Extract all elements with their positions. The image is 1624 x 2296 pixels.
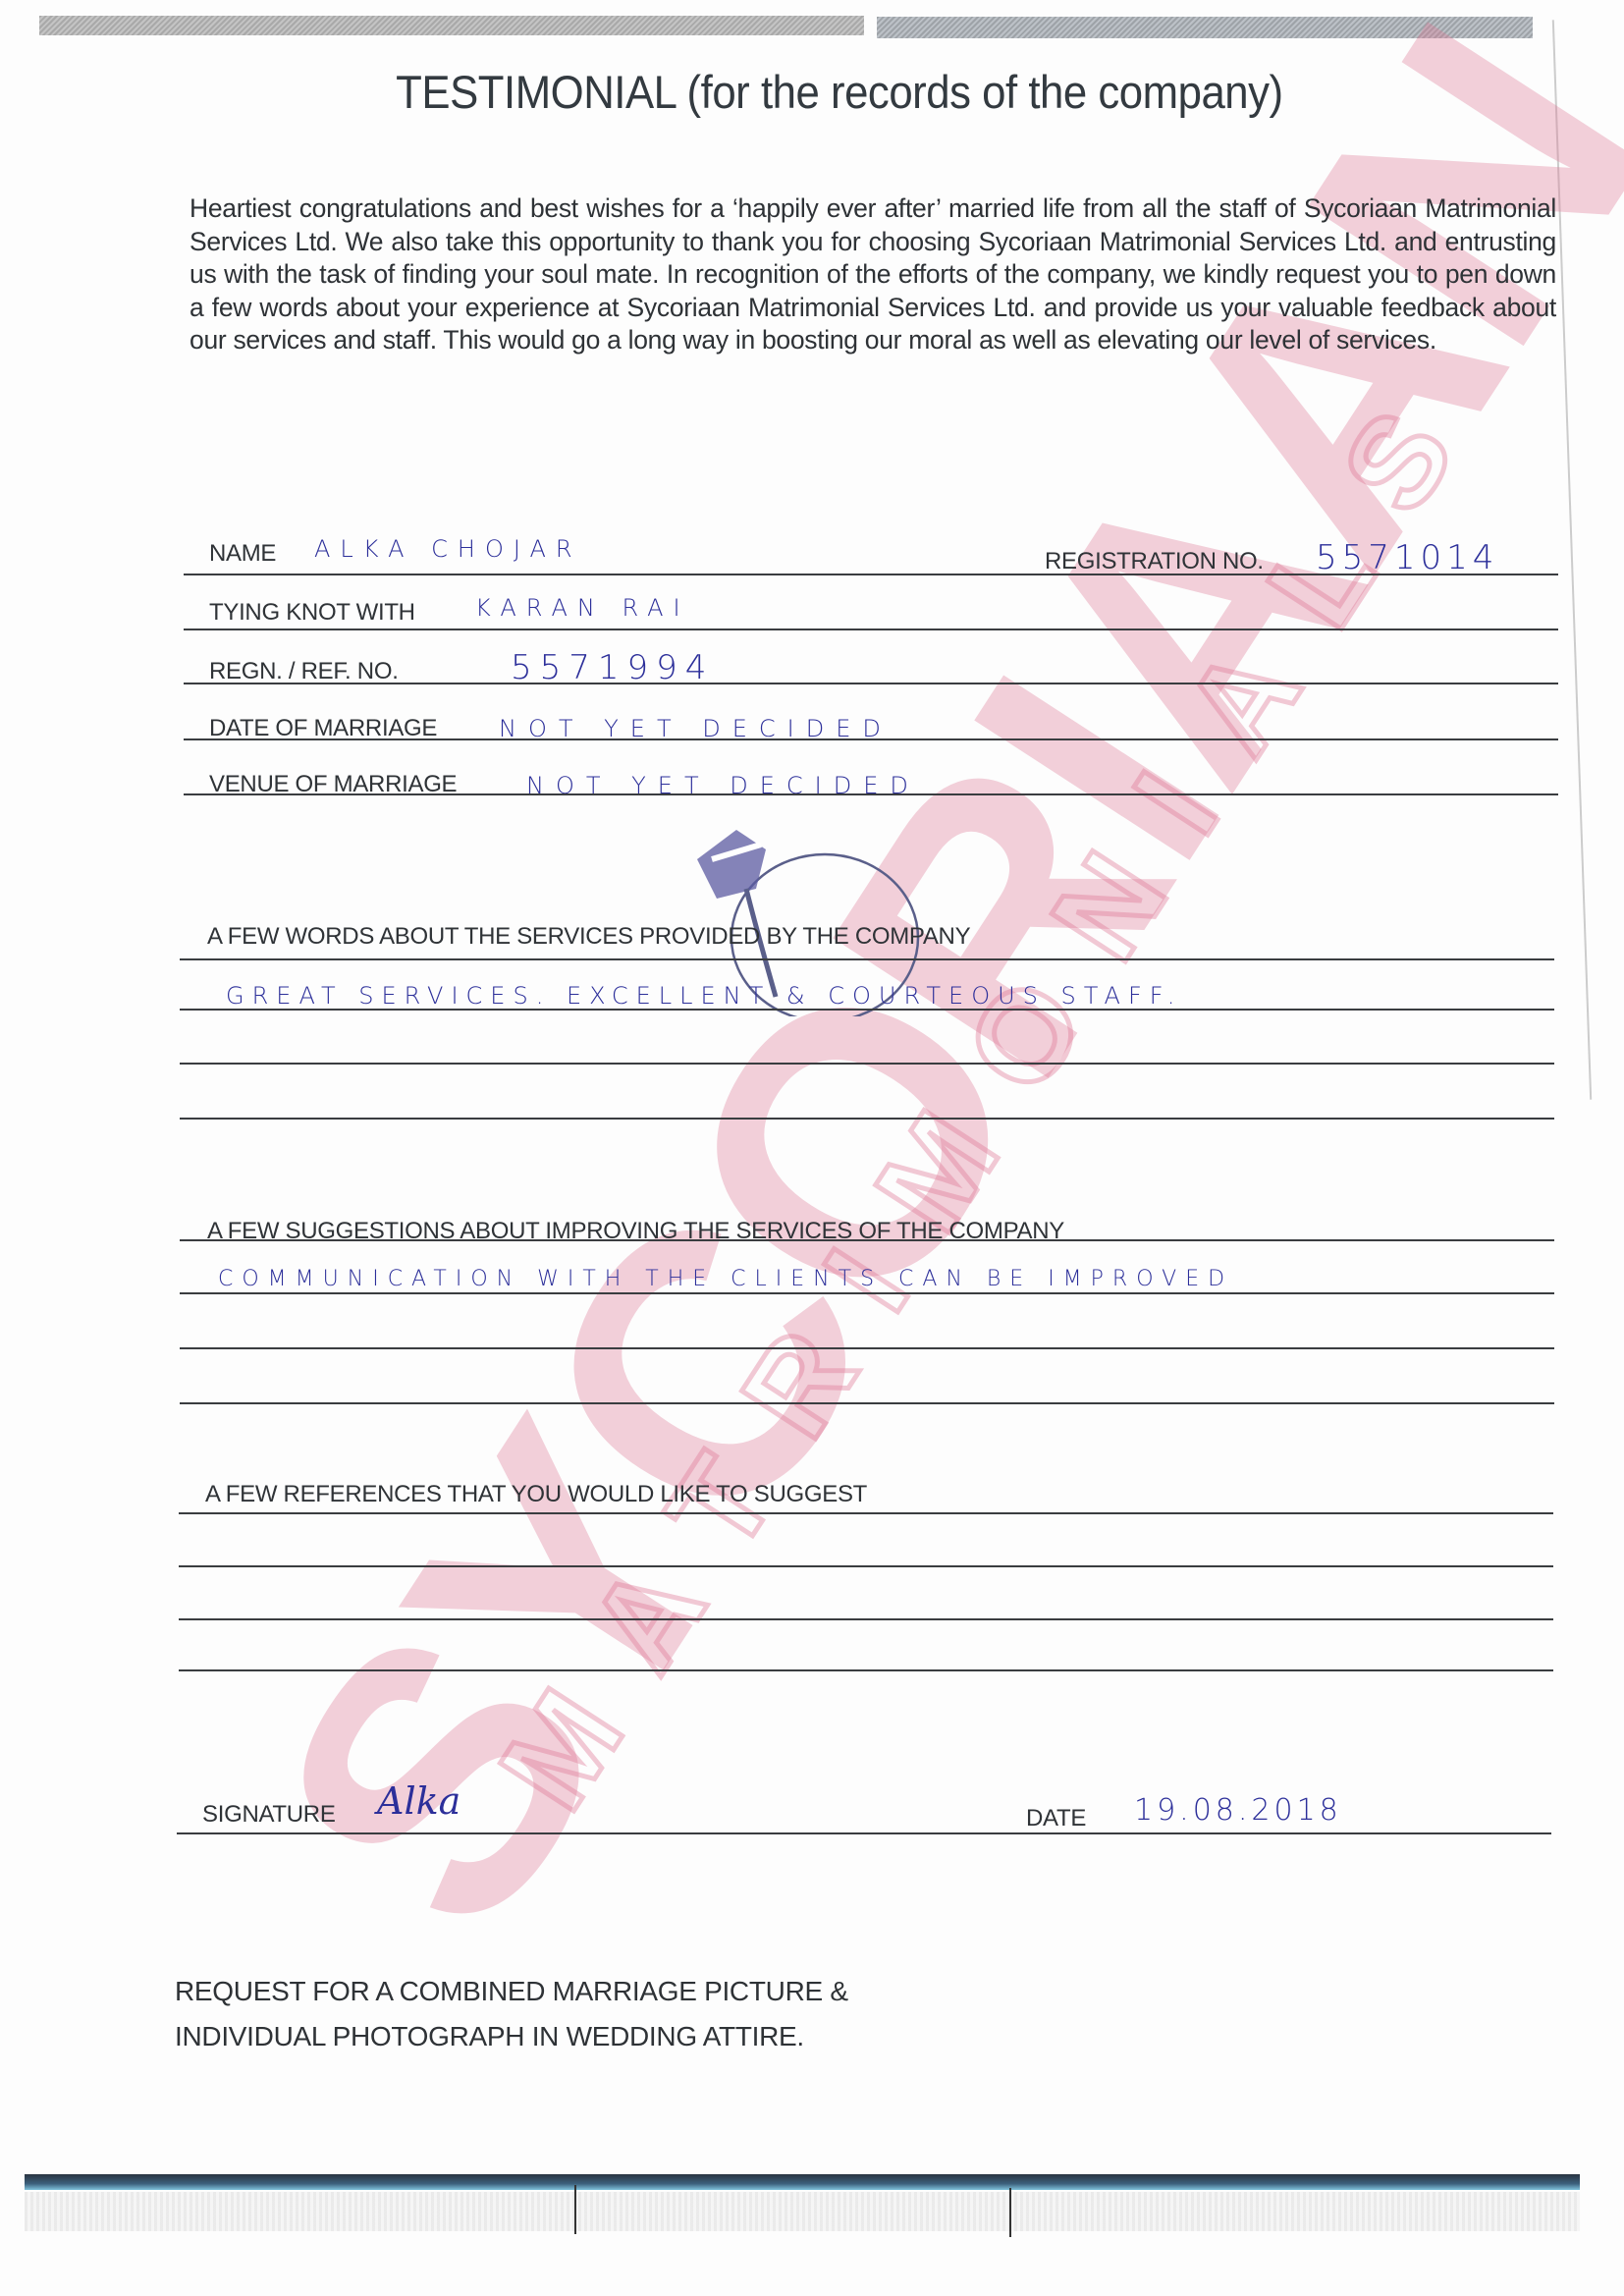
regn-ref-value[interactable]: 5571994 (511, 648, 714, 687)
signature-line (177, 1832, 1551, 1834)
date-label: DATE (1026, 1805, 1086, 1832)
signature-value[interactable]: Alka (377, 1779, 460, 1823)
services-answer[interactable]: GREAT SERVICES. EXCELLENT & COURTEOUS ST… (226, 982, 1182, 1010)
references-line-1 (179, 1512, 1553, 1514)
request-line-2: INDIVIDUAL PHOTOGRAPH IN WEDDING ATTIRE. (175, 2021, 804, 2052)
scan-top-border-left (39, 16, 864, 35)
references-line-4 (179, 1669, 1553, 1671)
name-line (184, 574, 1558, 575)
regn-ref-label: REGN. / REF. NO. (209, 658, 399, 685)
services-line-1 (180, 958, 1554, 960)
page-title: TESTIMONIAL (for the records of the comp… (57, 65, 1567, 119)
registration-no-value[interactable]: 5571014 (1316, 538, 1498, 577)
tying-knot-value[interactable]: KARAN RAI (475, 594, 690, 622)
regn-ref-line (184, 683, 1558, 684)
references-heading: A FEW REFERENCES THAT YOU WOULD LIKE TO … (205, 1481, 867, 1508)
services-line-3 (180, 1063, 1554, 1065)
intro-paragraph: Heartiest congratulations and best wishe… (189, 192, 1556, 357)
signature-label: SIGNATURE (202, 1801, 336, 1829)
suggestions-line-4 (180, 1402, 1554, 1404)
date-value[interactable]: 19.08.2018 (1134, 1793, 1342, 1828)
tying-knot-label: TYING KNOT WITH (209, 599, 415, 627)
suggestions-line-1 (180, 1239, 1554, 1241)
bottom-divider-1 (574, 2185, 576, 2234)
request-line-1: REQUEST FOR A COMBINED MARRIAGE PICTURE … (175, 1976, 848, 2007)
tying-knot-line (184, 629, 1558, 630)
suggestions-line-3 (180, 1347, 1554, 1349)
suggestions-answer[interactable]: COMMUNICATION WITH THE CLIENTS CAN BE IM… (218, 1267, 1233, 1291)
scan-bottom-border (25, 2174, 1580, 2190)
references-line-2 (179, 1565, 1553, 1567)
services-line-4 (180, 1118, 1554, 1120)
registration-no-label: REGISTRATION NO. (1045, 548, 1264, 575)
references-line-3 (179, 1618, 1553, 1620)
name-value[interactable]: ALKA CHOJAR (314, 535, 582, 563)
services-heading: A FEW WORDS ABOUT THE SERVICES PROVIDED … (207, 923, 970, 951)
bottom-divider-2 (1009, 2188, 1011, 2237)
venue-line (184, 793, 1558, 795)
scan-bottom-strip (25, 2192, 1580, 2231)
date-of-marriage-line (184, 738, 1558, 740)
name-label: NAME (209, 540, 276, 568)
suggestions-line-2 (180, 1292, 1554, 1294)
services-line-2 (180, 1009, 1554, 1011)
